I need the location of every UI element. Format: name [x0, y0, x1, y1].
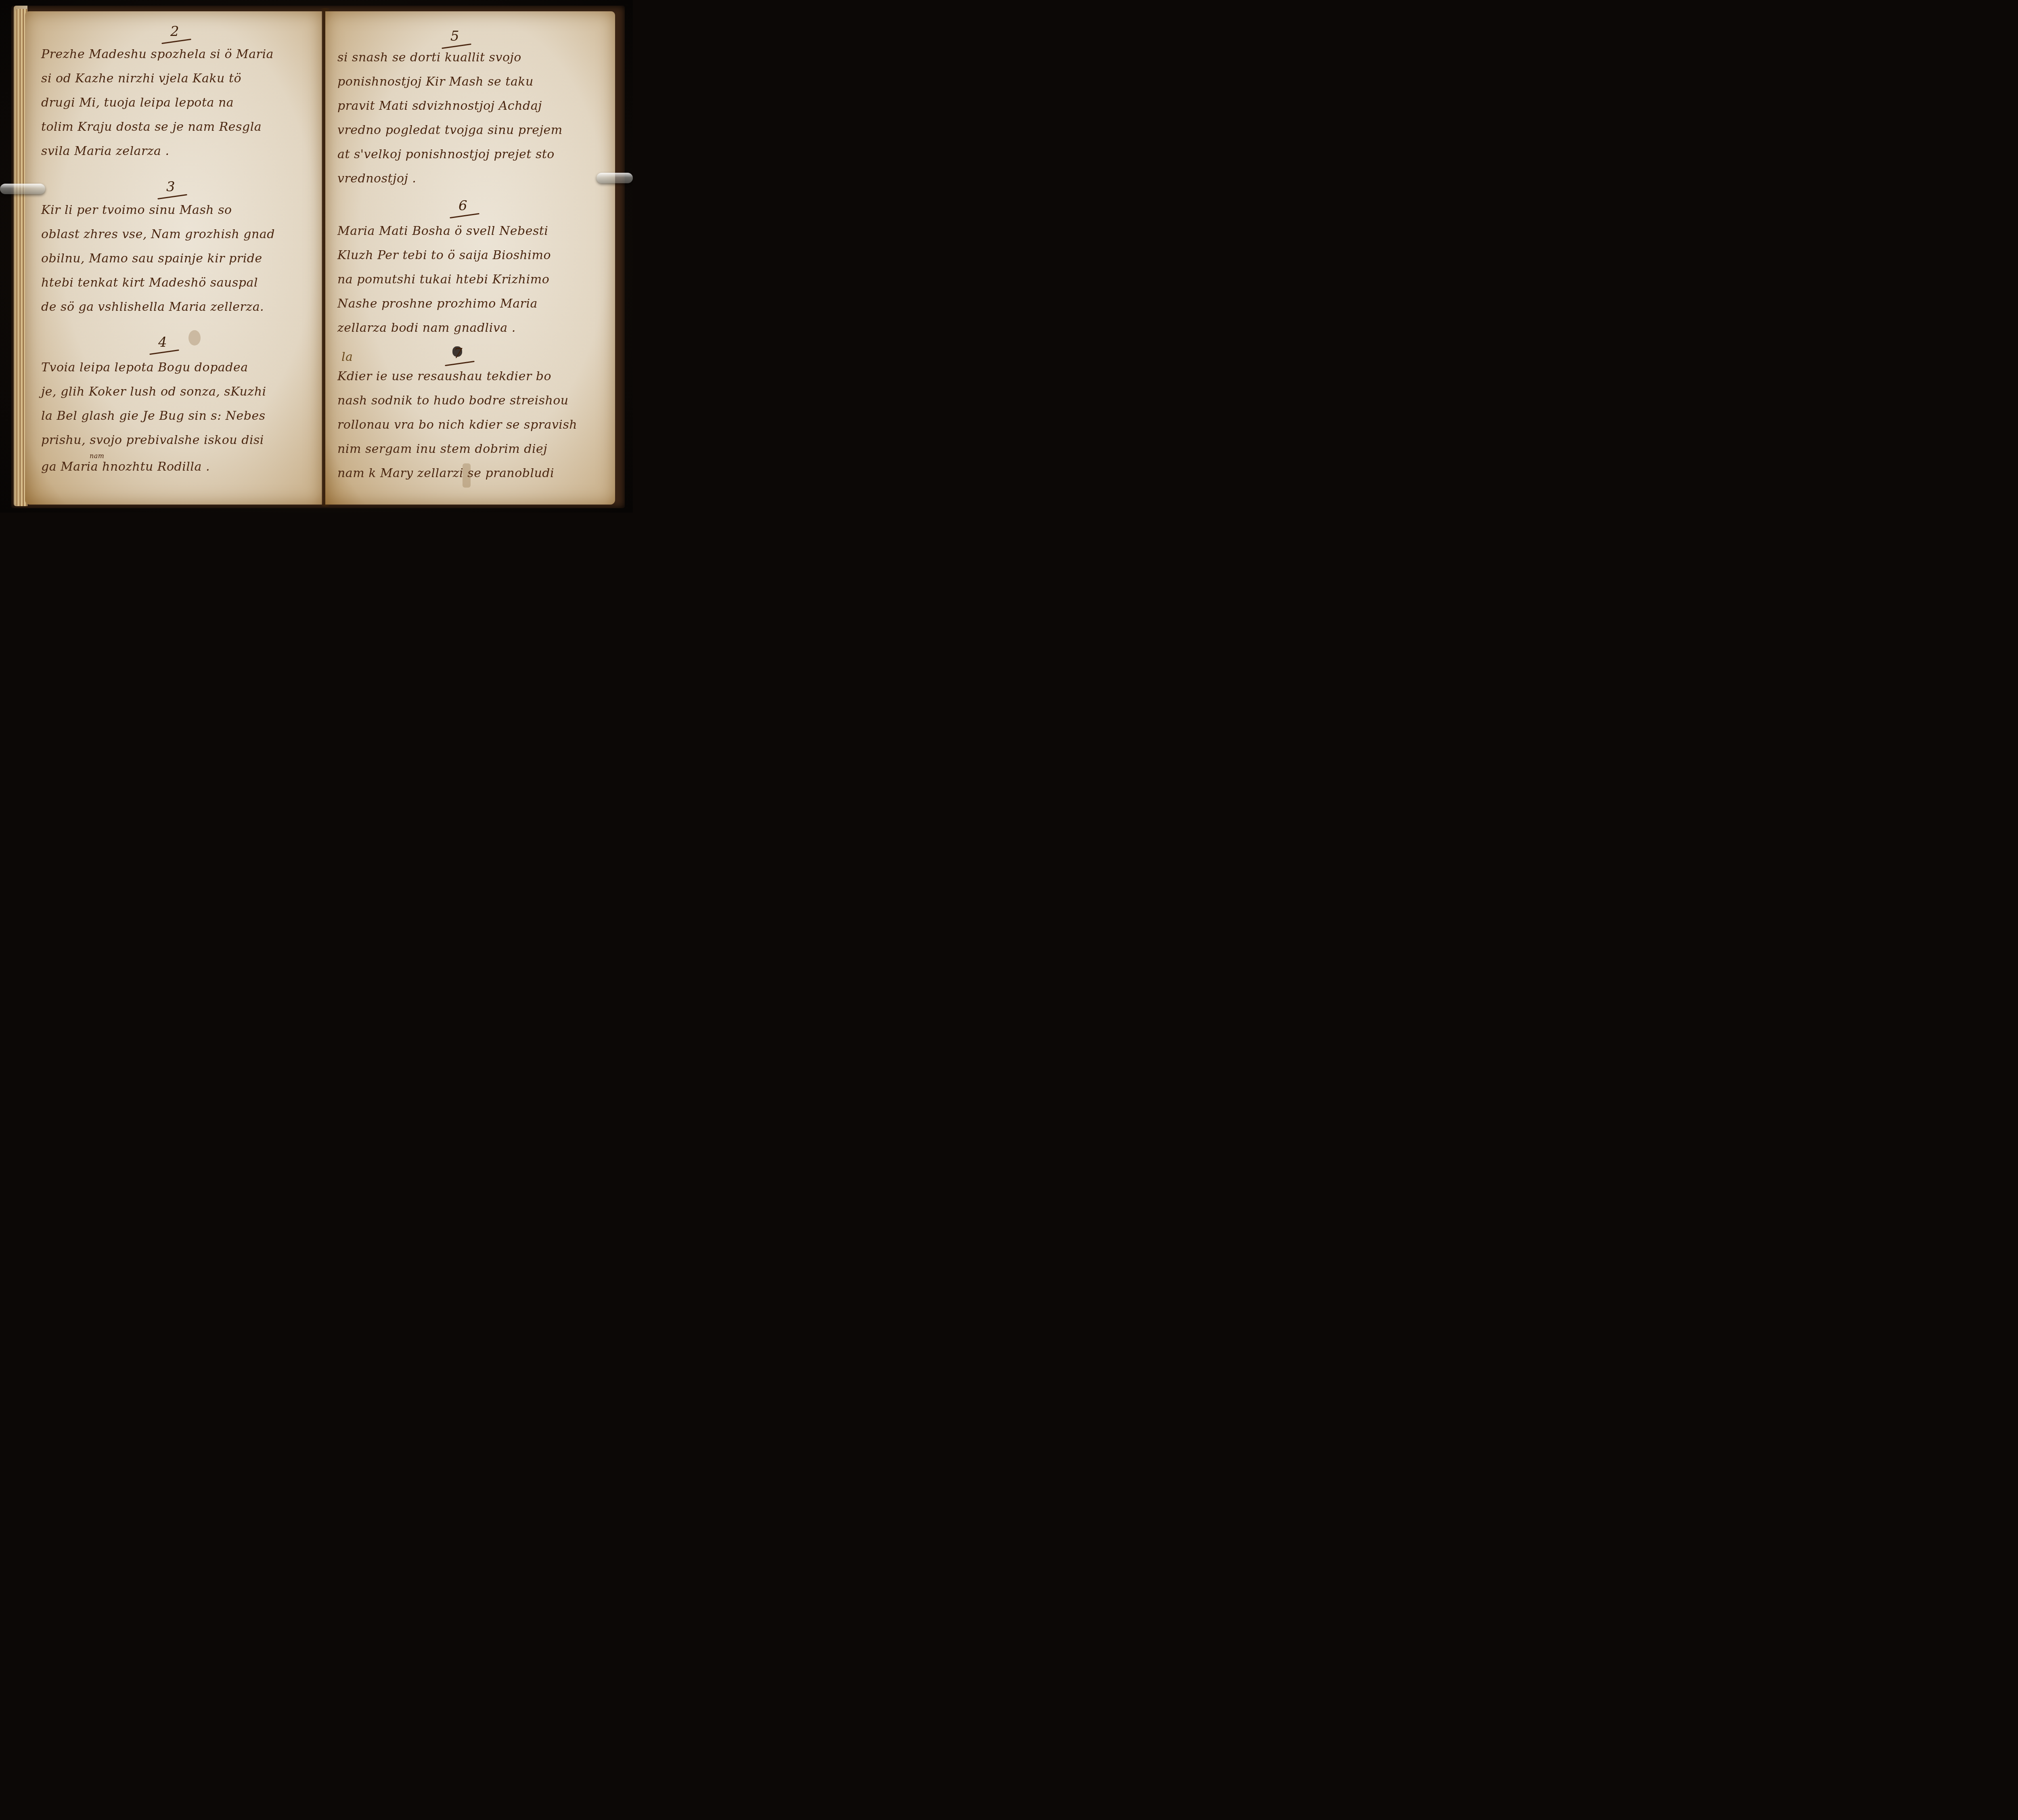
text-line: vrednostjoj . — [337, 173, 563, 185]
text-line: obilnu, Mamo sau spainje kir pride — [41, 253, 275, 265]
stanza-5: si snash se dorti kuallit svojo ponishno… — [337, 52, 563, 185]
glass-page-holder-right — [597, 173, 633, 183]
text-line: svila Maria zelarza . — [41, 145, 274, 157]
stanza-3: Kir li per tvoimo sinu Mash so oblast zh… — [41, 204, 275, 313]
text-line: si od Kazhe nirzhi vjela Kaku tö — [41, 73, 274, 85]
text-line: nim sergam inu stem dobrim diej — [337, 443, 577, 455]
stanza-prefix: la — [341, 351, 353, 363]
left-page: 2 Prezhe Madeshu spozhela si ö Maria si … — [25, 11, 322, 505]
stanza-7: Kdier ie use resaushau tekdier bo nash s… — [337, 371, 577, 480]
text-line: Kdier ie use resaushau tekdier bo — [337, 371, 577, 383]
text-line: je, glih Koker lush od sonza, sKuzhi — [41, 386, 266, 398]
text-line: Prezhe Madeshu spozhela si ö Maria — [41, 48, 274, 61]
text-line: la Bel glash gie Je Bug sin s: Nebes — [41, 410, 266, 422]
text-line: ponishnostjoj Kir Mash se taku — [337, 76, 563, 88]
text-line: Nashe proshne prozhimo Maria — [337, 298, 551, 310]
stanza-number: 2 — [170, 23, 179, 40]
text-line: at s'velkoj ponishnostjoj prejet sto — [337, 149, 563, 161]
text-line: pravit Mati sdvizhnostjoj Achdaj — [337, 100, 563, 112]
ink-stain — [188, 330, 201, 346]
stanza-number: 7 — [454, 346, 463, 362]
text-line: nam k Mary zellarzi se pranobludi — [337, 467, 577, 480]
text-line: ga Maria hnozhtu Rodilla . — [41, 461, 266, 473]
text-line: drugi Mi, tuoja leipa lepota na — [41, 97, 274, 109]
text-line: Maria Mati Bosha ö svell Nebesti — [337, 225, 551, 237]
glass-page-holder-left — [0, 184, 45, 194]
text-line: de sö ga vshlishella Maria zellerza. — [41, 301, 275, 313]
stanza-number: 4 — [158, 334, 167, 350]
text-line: Kluzh Per tebi to ö saija Bioshimo — [337, 249, 551, 262]
text-line: rollonau vra bo nich kdier se spravish — [337, 419, 577, 431]
text-line: nash sodnik to hudo bodre streishou — [337, 395, 577, 407]
photo-background: 2 Prezhe Madeshu spozhela si ö Maria si … — [0, 0, 633, 513]
text-line: na pomutshi tukai htebi Krizhimo — [337, 274, 551, 286]
stanza-4: Tvoia leipa lepota Bogu dopadea je, glih… — [41, 362, 266, 473]
text-line: si snash se dorti kuallit svojo — [337, 52, 563, 64]
text-line: oblast zhres vse, Nam grozhish gnad — [41, 228, 275, 241]
text-line: zellarza bodi nam gnadliva . — [337, 322, 551, 334]
text-line: tolim Kraju dosta se je nam Resgla — [41, 121, 274, 133]
right-page: 5 si snash se dorti kuallit svojo ponish… — [325, 11, 615, 505]
text-line: htebi tenkat kirt Madeshö sauspal — [41, 277, 275, 289]
interlinear-note: nam — [90, 453, 266, 459]
stanza-2: Prezhe Madeshu spozhela si ö Maria si od… — [41, 48, 274, 157]
text-line: Tvoia leipa lepota Bogu dopadea — [41, 362, 266, 374]
stanza-number: 3 — [166, 179, 175, 195]
stanza-number: 5 — [450, 28, 459, 44]
stanza-6: Maria Mati Bosha ö svell Nebesti Kluzh P… — [337, 225, 551, 334]
text-line: vredno pogledat tvojga sinu prejem — [337, 124, 563, 136]
text-line: Kir li per tvoimo sinu Mash so — [41, 204, 275, 216]
stanza-number: 6 — [458, 198, 467, 214]
text-line: prishu, svojo prebivalshe iskou disi — [41, 434, 266, 446]
